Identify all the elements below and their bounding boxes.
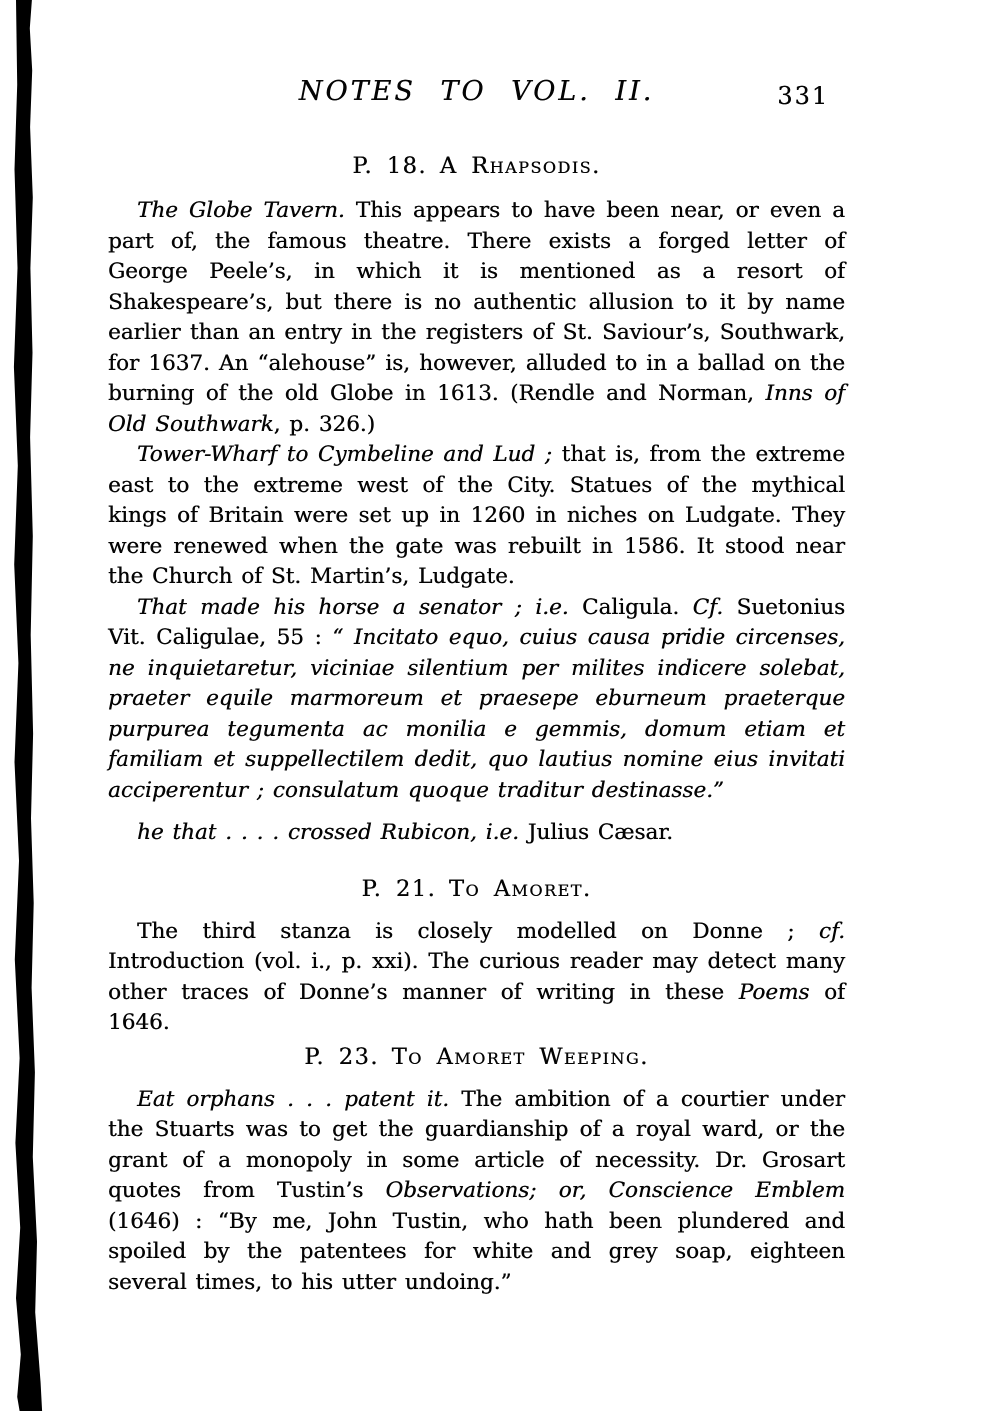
section-heading: P. 18. A Rhapsodis. — [108, 152, 845, 180]
section-heading: P. 23. To Amoret Weeping. — [108, 1043, 845, 1071]
paragraph: The third stanza is closely modelled on … — [108, 917, 845, 1039]
sections: P. 18. A Rhapsodis.The Globe Tavern. Thi… — [108, 152, 845, 1298]
page-content: NOTES TO VOL. II. 331 P. 18. A Rhapsodis… — [108, 0, 845, 1298]
running-title: NOTES TO VOL. II. — [108, 76, 845, 107]
text-segment: he that . . . . crossed Rubicon, i.e. — [137, 820, 519, 845]
text-segment: That made his horse a senator ; i.e. — [137, 595, 569, 620]
page-header: NOTES TO VOL. II. 331 — [108, 76, 845, 114]
paragraph: Tower-Wharf to Cymbeline and Lud ; that … — [108, 440, 845, 593]
text-segment: The Globe Tavern. — [137, 198, 345, 223]
paragraph: That made his horse a senator ; i.e. Cal… — [108, 593, 845, 807]
text-segment: Caligula. — [569, 595, 693, 620]
paragraph: he that . . . . crossed Rubicon, i.e. Ju… — [108, 818, 845, 849]
text-segment: Eat orphans . . . patent it. — [137, 1087, 449, 1112]
text-segment: “ Incitato equo, cuius causa pridie circ… — [108, 625, 845, 803]
text-segment: , p. 326.) — [274, 412, 375, 437]
note-section: P. 21. To Amoret.The third stanza is clo… — [108, 875, 845, 1039]
paragraph: The Globe Tavern. This appears to have b… — [108, 196, 845, 440]
note-section: P. 23. To Amoret Weeping.Eat orphans . .… — [108, 1043, 845, 1299]
text-segment: Tower-Wharf to Cymbeline and Lud ; — [137, 442, 552, 467]
paragraph: Eat orphans . . . patent it. The ambitio… — [108, 1085, 845, 1299]
note-section: P. 18. A Rhapsodis.The Globe Tavern. Thi… — [108, 152, 845, 849]
text-segment: cf. — [819, 919, 845, 944]
page-number: 331 — [777, 82, 829, 110]
text-segment: Introduction (vol. i., p. xxi). The curi… — [108, 949, 845, 1005]
text-segment: Poems — [739, 980, 810, 1005]
text-segment: The third stanza is closely modelled on … — [137, 919, 819, 944]
text-segment: This appears to have been near, or even … — [108, 198, 845, 406]
binding-shadow — [13, 0, 43, 1411]
text-segment: Observations; or, Conscience Emblem — [385, 1178, 845, 1203]
text-segment: Cf. — [693, 595, 723, 620]
section-heading: P. 21. To Amoret. — [108, 875, 845, 903]
text-segment: Julius Cæsar. — [519, 820, 673, 845]
book-page: NOTES TO VOL. II. 331 P. 18. A Rhapsodis… — [0, 0, 1000, 1417]
text-segment: (1646) : “By me, John Tustin, who hath b… — [108, 1209, 845, 1295]
